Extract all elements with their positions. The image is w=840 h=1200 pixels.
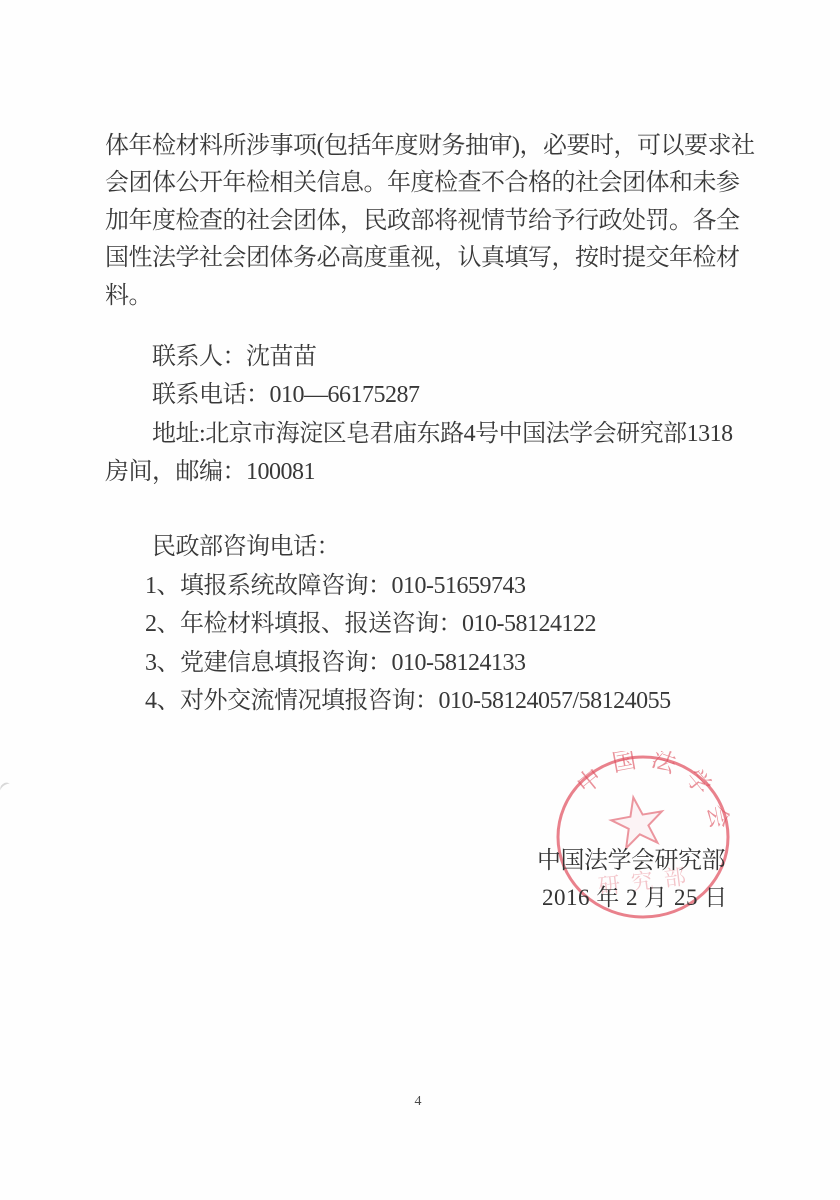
scan-artifact — [0, 781, 13, 795]
paragraph-line: 国性法学社会团体务必高度重视，认真填写，按时提交年检材 — [105, 240, 765, 277]
document-page: 体年检材料所涉事项(包括年度财务抽审)，必要时，可以要求社 会团体公开年检相关信… — [0, 0, 840, 1200]
contact-phone: 联系电话：010—66175287 — [105, 376, 765, 414]
ministry-phone-block: 民政部咨询电话： 1、填报系统故障咨询：010-51659743 2、年检材料填… — [105, 528, 765, 721]
ministry-item: 4、对外交流情况填报咨询：010-58124057/58124055 — [105, 682, 765, 721]
page-number: 4 — [398, 1094, 438, 1110]
paragraph-line: 体年检材料所涉事项(包括年度财务抽审)，必要时，可以要求社 — [105, 128, 765, 165]
ministry-item: 3、党建信息填报咨询：010-58124133 — [105, 644, 765, 683]
ministry-item: 2、年检材料填报、报送咨询：010-58124122 — [105, 605, 765, 644]
paragraph-line: 会团体公开年检相关信息。年度检查不合格的社会团体和未参 — [105, 165, 765, 202]
contact-block: 联系人：沈苗苗 联系电话：010—66175287 地址:北京市海淀区皂君庙东路… — [105, 338, 765, 492]
contact-address-line1: 地址:北京市海淀区皂君庙东路4号中国法学会研究部1318 — [105, 415, 765, 453]
paragraph-line: 料。 — [105, 278, 765, 315]
contact-address-line2: 房间，邮编：100081 — [105, 453, 765, 491]
seal-arc-text: 中国法学会 — [567, 751, 735, 851]
ministry-item: 1、填报系统故障咨询：010-51659743 — [105, 567, 765, 606]
ministry-header: 民政部咨询电话： — [105, 528, 765, 567]
signature-organization: 中国法学会研究部 — [537, 840, 725, 875]
body-paragraph: 体年检材料所涉事项(包括年度财务抽审)，必要时，可以要求社 会团体公开年检相关信… — [105, 128, 765, 315]
contact-person: 联系人：沈苗苗 — [105, 338, 765, 376]
signature-date: 2016 年 2 月 25 日 — [542, 879, 728, 912]
paragraph-line: 加年度检查的社会团体，民政部将视情节给予行政处罚。各全 — [105, 203, 765, 240]
